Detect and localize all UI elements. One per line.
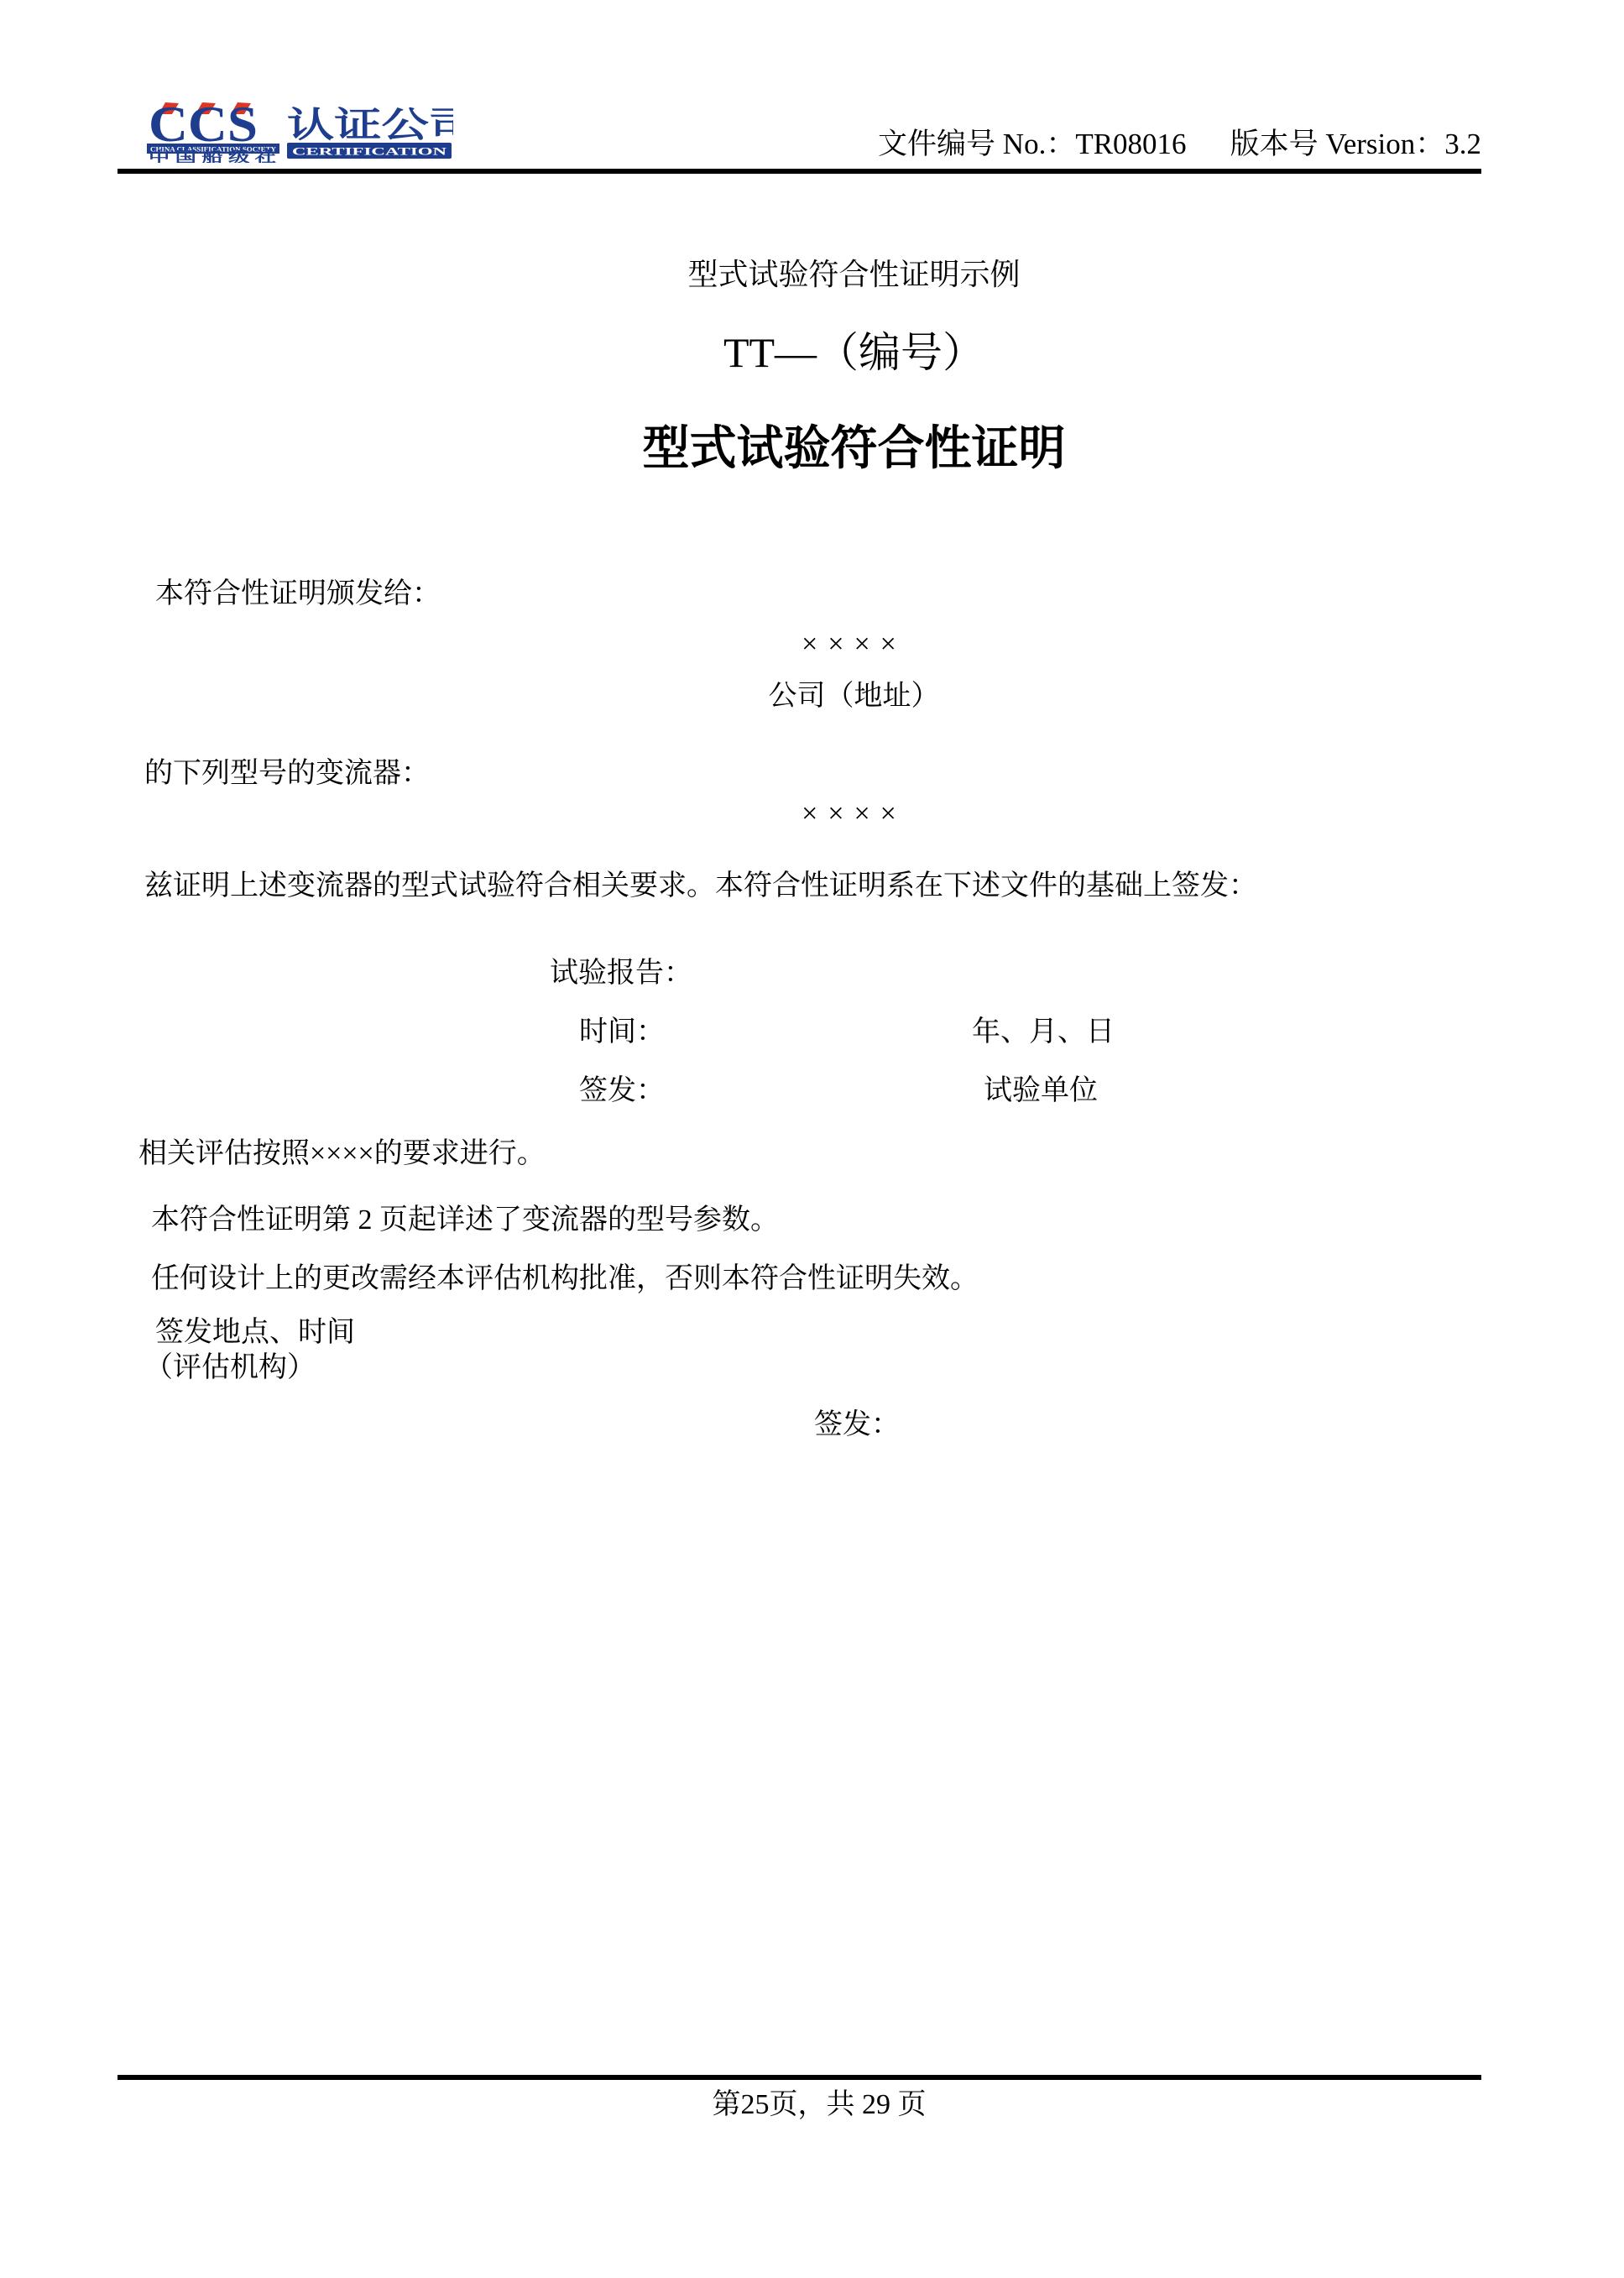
sign-label: 签发： — [814, 1408, 900, 1443]
time-value: 年、月、日 — [972, 1016, 1115, 1050]
footer-divider — [117, 2075, 1481, 2080]
evaluation-statement: 相关评估按照××××的要求进行。 — [138, 1137, 546, 1172]
issued-to-label: 本符合性证明颁发给： — [155, 577, 441, 612]
header-doc-info: 文件编号 No.：TR08016 版本号 Version：3.2 — [878, 127, 1481, 162]
issue-value: 试验单位 — [984, 1074, 1098, 1109]
company-address-placeholder: 公司（地址） — [172, 680, 1536, 714]
time-label: 时间： — [579, 1016, 665, 1050]
society-name-cn: 中 国 船 级 社 — [149, 149, 276, 163]
issue-place-time-label: 签发地点、时间 — [155, 1316, 355, 1351]
ccs-logo: CCS CHINA CLASSIFICATION SOCIETY 中 国 船 级… — [147, 102, 453, 163]
certificate-number-title: TT—（编号） — [172, 327, 1536, 378]
page-number: 第25页，共 29 页 — [117, 2088, 1521, 2123]
header-divider — [117, 169, 1481, 174]
params-statement: 本符合性证明第 2 页起详述了变流器的型号参数。 — [151, 1204, 779, 1238]
doc-number: 文件编号 No.：TR08016 — [878, 127, 1187, 162]
evaluation-org-label: （评估机构） — [144, 1351, 316, 1386]
certify-statement: 兹证明上述变流器的型式试验符合相关要求。本符合性证明系在下述文件的基础上签发： — [144, 870, 1257, 904]
certification-company-cn: 认证公司 — [287, 106, 453, 145]
converter-models-label: 的下列型号的变流器： — [144, 757, 430, 792]
test-report-label: 试验报告： — [550, 957, 692, 991]
change-statement: 任何设计上的更改需经本评估机构批准，否则本符合性证明失效。 — [151, 1262, 979, 1297]
main-title: 型式试验符合性证明 — [172, 421, 1536, 478]
certificate-page: CCS CHINA CLASSIFICATION SOCIETY 中 国 船 级… — [0, 0, 1624, 2278]
model-placeholder: ×××× — [172, 797, 1536, 832]
issue-label: 签发： — [579, 1074, 665, 1109]
certification-banner-label: CERTIFICATION — [292, 145, 447, 158]
doc-version: 版本号 Version：3.2 — [1230, 127, 1481, 162]
example-title: 型式试验符合性证明示例 — [172, 257, 1536, 293]
company-name-placeholder: ×××× — [172, 628, 1536, 662]
